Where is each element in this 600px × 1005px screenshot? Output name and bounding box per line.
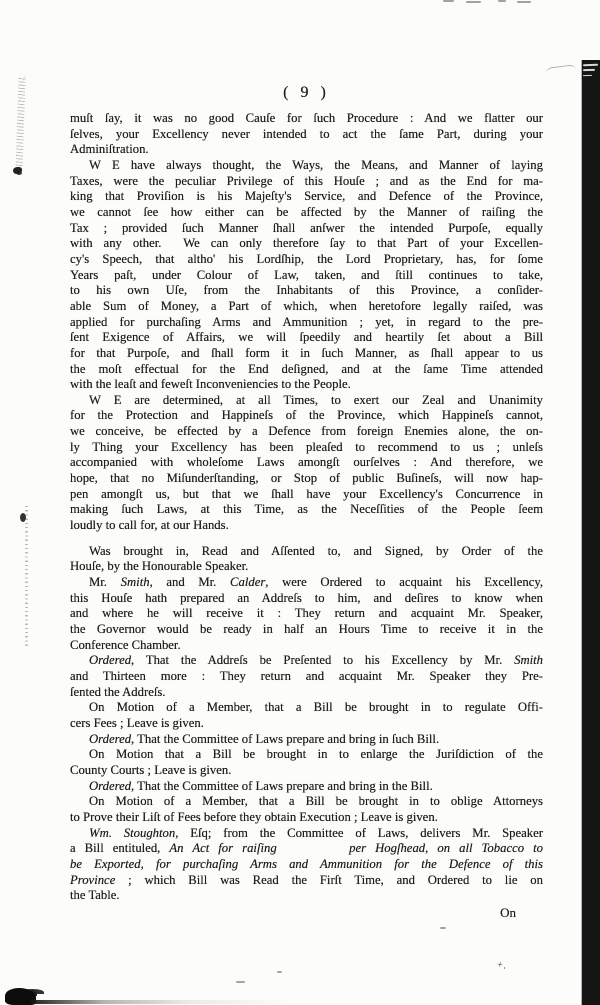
text-line: On Motion of a Member, that a Bill be br… (70, 700, 543, 716)
text-line: this Houſe hath prepared an Addreſs to h… (70, 591, 543, 607)
paragraph: On Motion of a Member, that a Bill be br… (70, 794, 543, 825)
text-line: making ſuch Laws, at this Time, as the N… (70, 502, 543, 518)
text-line: king that Proviſion is his Majeſty's Ser… (70, 189, 543, 205)
scan-speck (277, 971, 282, 973)
text-line: Mr. Smith, and Mr. Calder, were Ordered … (70, 575, 543, 591)
text-line: Adminiſtration. (70, 142, 543, 158)
scan-line-bottom (30, 1000, 295, 1004)
scan-edge-speck (466, 1, 481, 3)
scan-edge-speck (498, 0, 506, 2)
text-line: pen amongſt us, but that we ſhall have y… (70, 487, 543, 503)
text-line: ſented the Addreſs. (70, 685, 543, 701)
paragraph: On Motion of a Member, that a Bill be br… (70, 700, 543, 731)
scan-wisp (546, 64, 577, 78)
text-line: cy's Speech, that altho' his Lordſhip, t… (70, 252, 543, 268)
paragraph: Was brought in, Read and Aſſented to, an… (70, 544, 543, 575)
text-line: the Governor would be ready in half an H… (70, 622, 543, 638)
text-line: Ordered, That the Addreſs be Preſented t… (70, 653, 543, 669)
text-line: Taxes, were the peculiar Privilege of th… (70, 174, 543, 190)
text-line: able Sum of Money, a Part of which, when… (70, 299, 543, 315)
paragraph: Mr. Smith, and Mr. Calder, were Ordered … (70, 575, 543, 653)
text-line: applied for purchaſing Arms and Ammuniti… (70, 315, 543, 331)
paragraph: Wm. Stoughton, Eſq; from the Committee o… (70, 826, 543, 904)
scan-edge-speck (443, 0, 454, 2)
text-line: cers Fees ; Leave is given. (70, 716, 543, 732)
paragraph: On Motion that a Bill be brought in to e… (70, 747, 543, 778)
text-line: On Motion of a Member, that a Bill be br… (70, 794, 543, 810)
text-line: for the Protection and Happineſs of the … (70, 408, 543, 424)
paragraph: Ordered, That the Committee of Laws prep… (70, 779, 543, 795)
text-line: Wm. Stoughton, Eſq; from the Committee o… (70, 826, 543, 842)
text-line: the Table. (70, 888, 543, 904)
gutter-page-streak (583, 64, 598, 66)
text-line: be Exported, for purchaſing Arms and Amm… (70, 857, 543, 873)
text-line: Ordered, That the Committee of Laws prep… (70, 779, 543, 795)
text-line: Conference Chamber. (70, 638, 543, 654)
text-line: ſent Exigence of Affairs, we will ſpeedi… (70, 330, 543, 346)
text-line: Houſe, by the Honourable Speaker. (70, 559, 543, 575)
scan-speck (440, 927, 446, 929)
text-line: with any other. We can only therefore ſa… (70, 236, 543, 252)
text-line: hope, that no Miſunderſtanding, or Stop … (70, 471, 543, 487)
text-line: we cannot ſee how either can be affected… (70, 205, 543, 221)
text-line: On Motion that a Bill be brought in to e… (70, 747, 543, 763)
text-line: ly Thing your Excellency has been pleaſe… (70, 440, 543, 456)
text-line: to Prove their Liſt of Fees before they … (70, 810, 543, 826)
text-line: Years paſt, under Colour of Law, taken, … (70, 268, 543, 284)
scan-edge-speck (517, 1, 531, 3)
text-line: loudly to call for, at our Hands. (70, 518, 543, 534)
paragraph: muſt ſay, it was no good Cauſe for ſuch … (70, 111, 543, 158)
text-line: and Thirteen more : They return and acqu… (70, 669, 543, 685)
text-line: and where he will receive it : They retu… (70, 606, 543, 622)
catchword: On (70, 905, 516, 921)
paragraph: Ordered, That the Committee of Laws prep… (70, 732, 543, 748)
text-line: Province ; which Bill was Read the Firſt… (70, 873, 543, 889)
printers-mark-speck: +. (496, 959, 508, 971)
scanned-page-sheet: ( 9 ) muſt ſay, it was no good Cauſe for… (0, 0, 600, 1005)
text-line: muſt ſay, it was no good Cauſe for ſuch … (70, 111, 543, 127)
gutter-page-streak (583, 75, 592, 77)
paragraph: W E are determined, at all Times, to exe… (70, 393, 543, 534)
text-line: ſelves, your Excellency never intended t… (70, 127, 543, 143)
gutter-page-streak (583, 69, 595, 71)
ink-dot-left (13, 167, 22, 174)
scan-speck (236, 981, 245, 983)
text-line: Tax ; provided ſuch Manner ſhall anſwer … (70, 221, 543, 237)
ink-smudge-left (15, 76, 25, 172)
text-line: County Courts ; Leave is given. (70, 763, 543, 779)
text-line: with the leaſt and feweſt Inconveniencie… (70, 377, 543, 393)
binding-speck-line (25, 506, 28, 646)
scanner-gutter-bar (582, 60, 600, 1005)
paragraph: Ordered, That the Addreſs be Preſented t… (70, 653, 543, 700)
text-line: accompanied with wholeſome Laws amongſt … (70, 455, 543, 471)
text-line: W E have always thought, the Ways, the M… (70, 158, 543, 174)
binding-speck-dark (20, 513, 26, 522)
text-line: for that Purpoſe, and ſhall form it in ſ… (70, 346, 543, 362)
page-number-header: ( 9 ) (70, 84, 543, 102)
text-line: Was brought in, Read and Aſſented to, an… (70, 544, 543, 560)
page-text-block: muſt ſay, it was no good Cauſe for ſuch … (70, 111, 543, 904)
text-line: Ordered, That the Committee of Laws prep… (70, 732, 543, 748)
text-line: the moſt effectual for the End deſigned,… (70, 362, 543, 378)
text-line: to his own Uſe, from the Inhabitants of … (70, 283, 543, 299)
text-line: we conceive, be effected by a Defence fr… (70, 424, 543, 440)
text-line: a Bill entituled, An Act for raiſing per… (70, 841, 543, 857)
text-line: W E are determined, at all Times, to exe… (70, 393, 543, 409)
paragraph: W E have always thought, the Ways, the M… (70, 158, 543, 393)
